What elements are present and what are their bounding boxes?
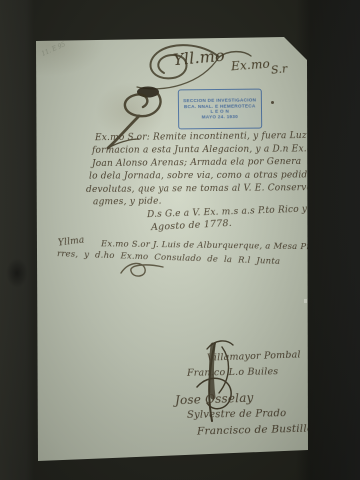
manuscript-page: 11. E 95 Yll.mo Ex.mo S.r SECCION DE INV…	[35, 37, 308, 461]
manuscript-line: Ex.mo S.or: Remite incontinenti, y fuera…	[95, 131, 321, 143]
signature: Sylvestre de Prado	[187, 408, 286, 421]
salutation-part2: Ex.mo	[231, 57, 271, 74]
signature: Villamayor Pombal	[207, 349, 301, 363]
postscript-line1: Ex.mo S.or J. Luis de Alburquerque, a Me…	[101, 239, 351, 252]
manuscript-photo: 11. E 95 Yll.mo Ex.mo S.r SECCION DE INV…	[0, 0, 360, 480]
archive-stamp: SECCION DE INVESTIGACION BCA. NNAL. E HE…	[178, 89, 262, 130]
paper-edge-speck	[304, 299, 307, 303]
dateline-line1: D.s G.e a V. Ex. m.s a.s P.to Rico y Cin…	[147, 202, 360, 220]
signature: Fran.co L.o Builes	[187, 366, 279, 379]
stamp-line: MAYO 24. 1930	[183, 114, 256, 120]
ink-speck	[271, 101, 274, 104]
signature: Jose Osselay	[175, 391, 254, 408]
archive-stamp-text: SECCION DE INVESTIGACION BCA. NNAL. E HE…	[183, 98, 256, 121]
manuscript-line: Joan Alonso Arenas; Armada ela por Gener…	[92, 157, 301, 169]
manuscript-line: agmes, y pide.	[93, 197, 162, 208]
postscript-line2: rres, y d.ho Ex.mo Consulado de la R.l J…	[57, 249, 280, 267]
salutation-part3: S.r	[270, 62, 288, 77]
salutation-part1: Yll.mo	[172, 46, 225, 69]
manuscript-line: formacion a esta Junta Alegacion, y a D.…	[92, 144, 334, 156]
postscript-prefix: Yllma	[57, 235, 85, 248]
dateline-line2: Agosto de 1778.	[151, 218, 232, 233]
background-smudge	[6, 258, 28, 288]
paper-stain	[35, 37, 105, 77]
manuscript-line: devolutas, que ya se ne tomas al V. E. C…	[86, 183, 328, 195]
signature: Francisco de Bustillo	[197, 422, 314, 437]
manuscript-line: lo dela Jornada, sobre via, como a otras…	[89, 170, 318, 181]
